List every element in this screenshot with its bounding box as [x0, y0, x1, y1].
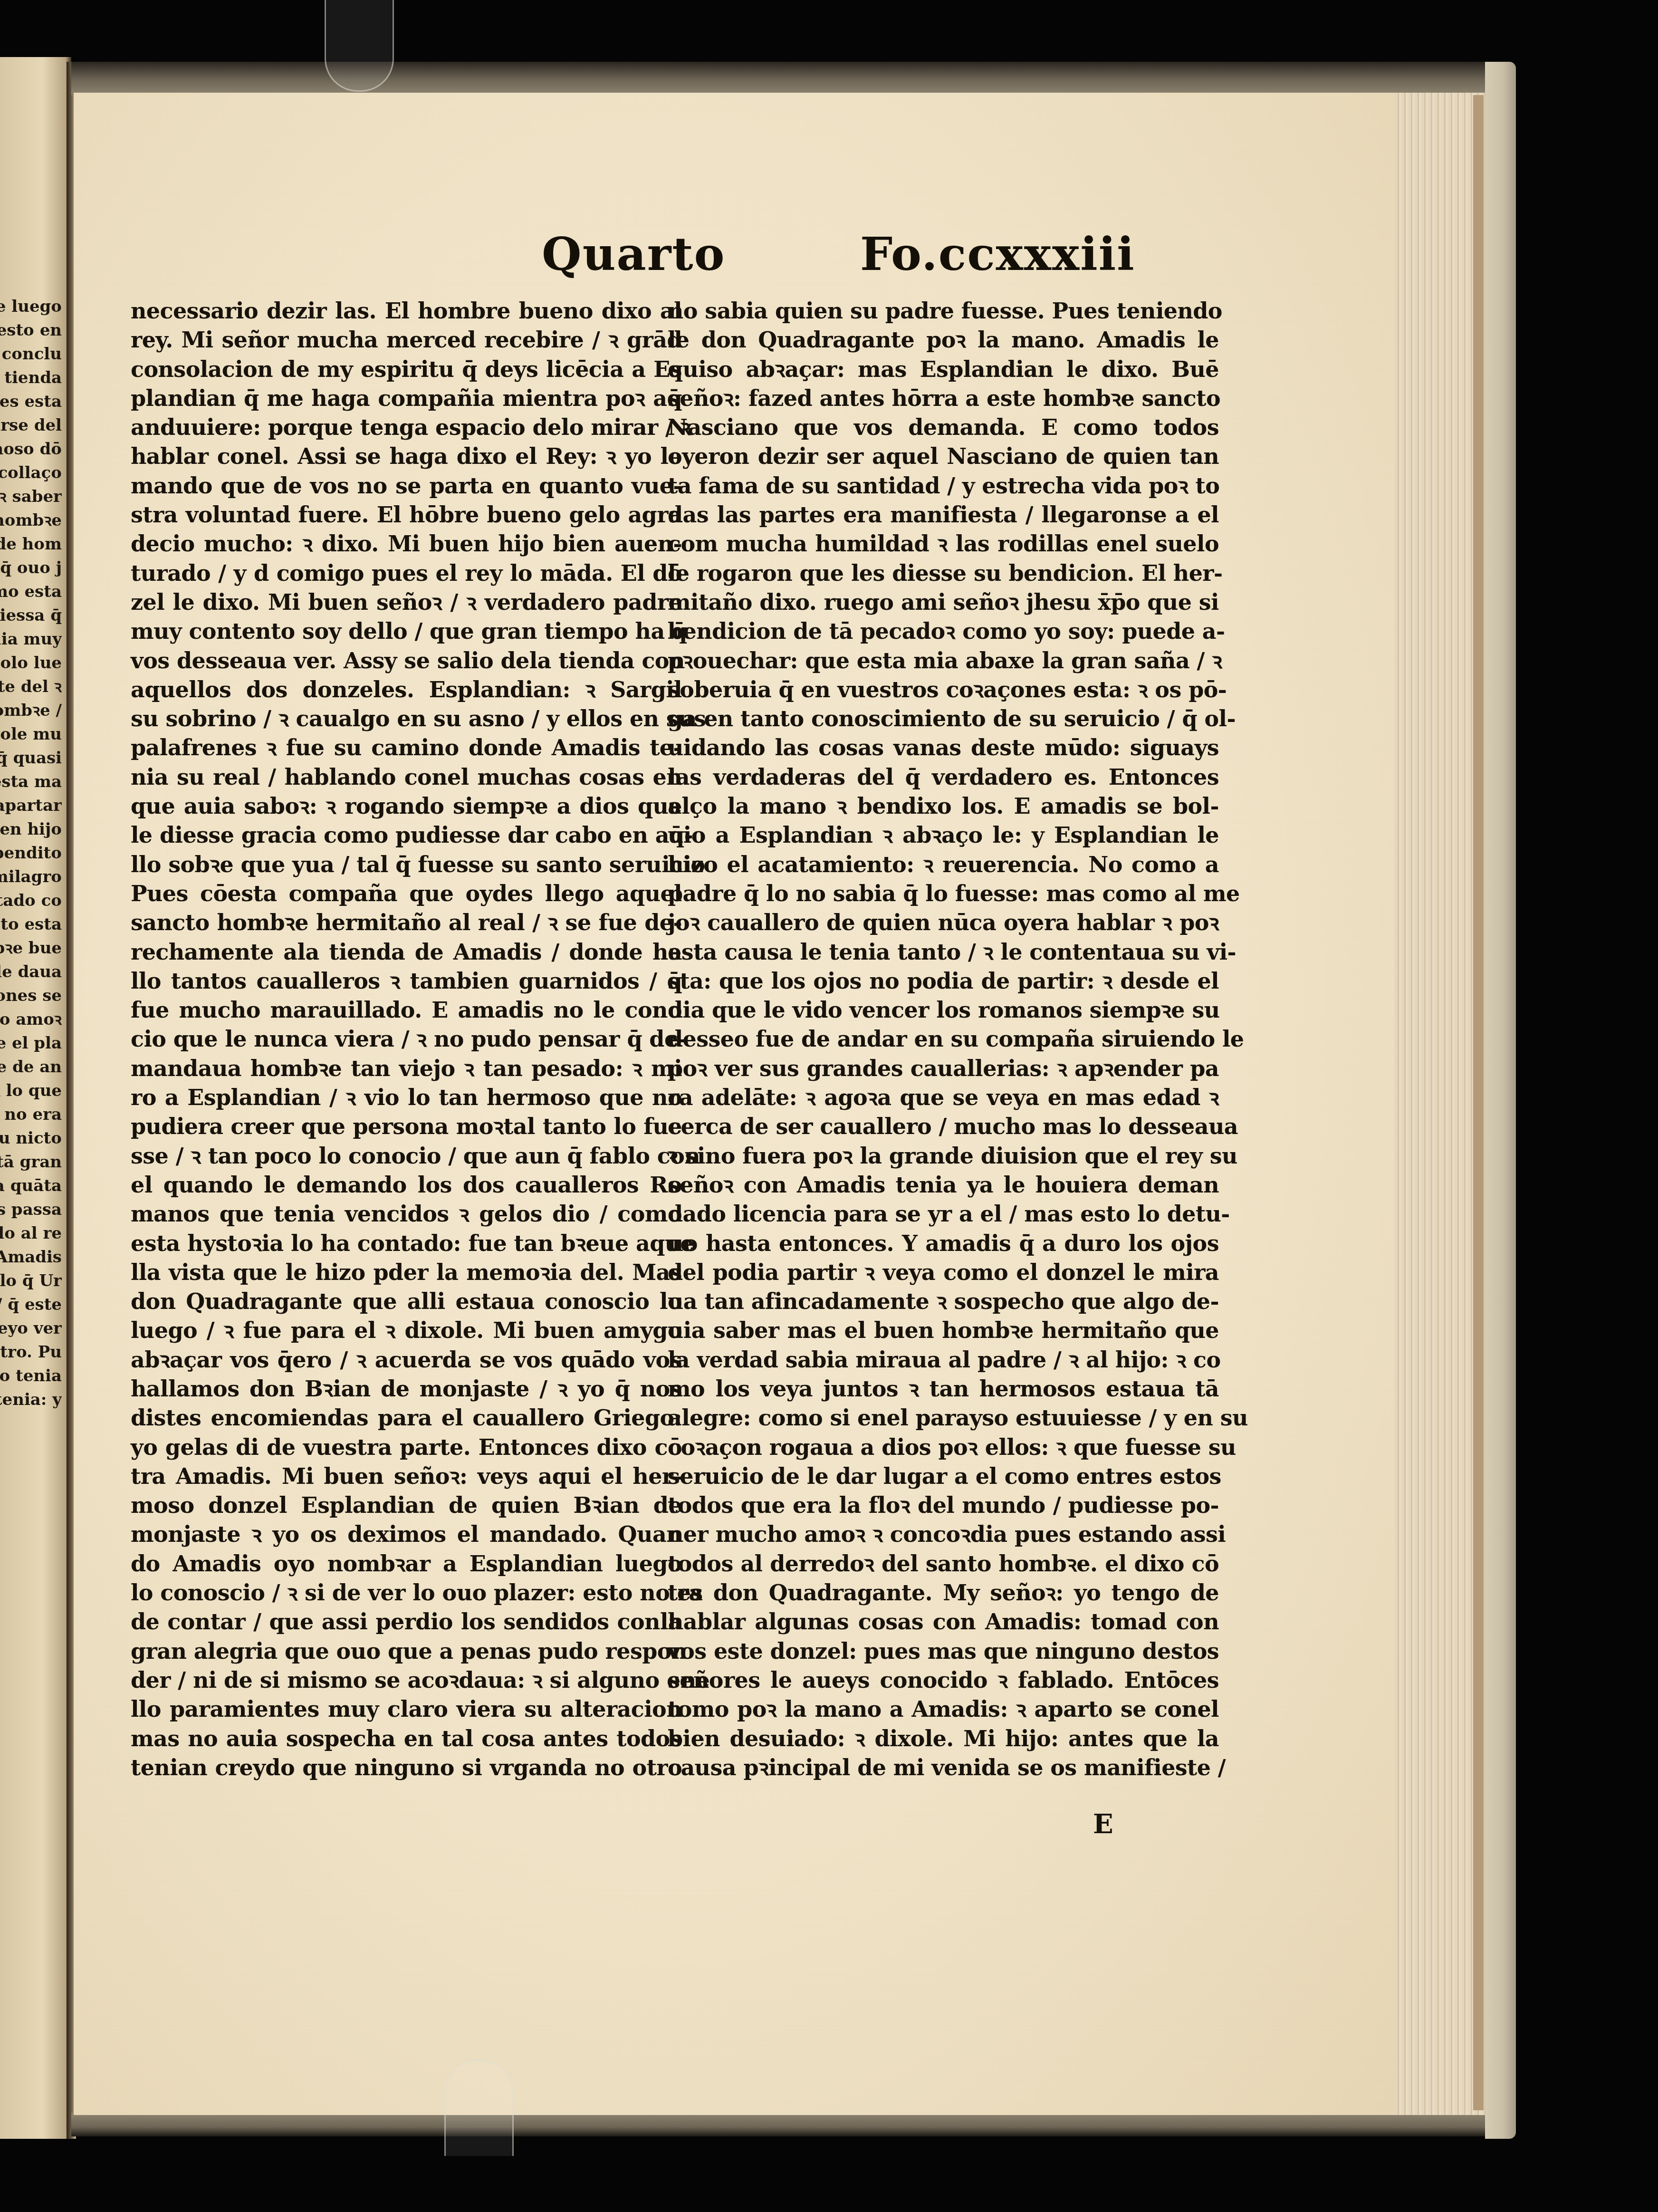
left-page-edge: tir me luego:omo enesto ense de conclu-g…	[0, 57, 71, 2139]
text-line: lo otro. Pu-	[0, 1340, 62, 1364]
text-line: grāde tienda	[0, 366, 62, 390]
text-line: se de conclu-	[0, 342, 62, 366]
text-line: hablar algunas cosas con Amadis: tomad c…	[668, 1607, 1219, 1636]
text-line: l estado co-	[0, 889, 62, 913]
text-line: cerca de ser cauallero / mucho mas lo de…	[668, 1112, 1219, 1141]
text-line: ro fue el pla	[0, 1031, 62, 1055]
text-line: ra adelāte: ꝛ agoꝛa que se veya en mas e…	[668, 1083, 1219, 1112]
text-line: lla vista que le hizo pder la memoꝛia de…	[131, 1258, 682, 1287]
text-line: ro a Esplandian / ꝛ vio lo tan hermoso q…	[131, 1083, 682, 1112]
catchword: E	[1093, 1808, 1113, 1840]
text-line: alço la mano ꝛ bendixo los. E amadis se …	[668, 792, 1219, 821]
text-line: besole mu-	[0, 722, 62, 746]
binding-top-edge	[71, 62, 1506, 95]
text-line: le don Quadragante poꝛ la mano. Amadis l…	[668, 326, 1219, 355]
text-line: coꝛaçon rogaua a dios poꝛ ellos: ꝛ que f…	[668, 1433, 1219, 1462]
text-line: do Amadis oyo nombꝛar a Esplandian luego	[131, 1549, 682, 1578]
text-line: as apꝛiessa q̄	[0, 604, 62, 627]
text-line: llo paramientes muy claro viera su alter…	[131, 1695, 682, 1724]
text-line: abꝛaçar vos q̄ero / ꝛ acuerda se vos quā…	[131, 1346, 682, 1375]
book-clamp-bottom	[444, 2059, 514, 2156]
text-line: del: q̄ tā gran	[0, 1150, 62, 1174]
text-line: e: ꝛ bendito	[0, 841, 62, 865]
text-line: bien desuiado: ꝛ dixole. Mi hijo: antes …	[668, 1724, 1219, 1753]
text-line: las verdaderas del q̄ verdadero es. Ento…	[668, 763, 1219, 792]
text-line: gil su collaço	[0, 461, 62, 485]
text-line: assi desta ma	[0, 770, 62, 794]
text-line: monjaste ꝛ yo os deximos el mandado. Qua…	[131, 1520, 682, 1549]
text-line: n q̄ auia muy	[0, 627, 62, 651]
text-line: scripto / q̄ este	[0, 1293, 62, 1317]
text-line: soberuia q̄ en vuestros coꝛaçones esta: …	[668, 675, 1219, 704]
text-line: gran alegria que ouo que a penas pudo re…	[131, 1637, 682, 1666]
text-line: muy contento soy dello / que gran tiempo…	[131, 617, 682, 646]
text-line: que auia saboꝛ: ꝛ rogando siempꝛe a dios…	[131, 792, 682, 821]
text-line: mi buen hijo	[0, 817, 62, 841]
text-line: poꝛ ver sus grandes cauallerias: ꝛ apꝛen…	[668, 1054, 1219, 1083]
text-line: ga en tanto conoscimiento de su seruicio…	[668, 704, 1219, 733]
text-line: plandian q̄ me haga compañia mientra poꝛ…	[131, 384, 682, 413]
text-line: dia que le vido vencer los romanos siemp…	[668, 996, 1219, 1025]
text-line: ombꝛe bue	[0, 936, 62, 960]
text-line: del podia partir ꝛ veya como el donzel l…	[668, 1258, 1219, 1287]
text-line: Pues cōesta compaña que oydes llego aque…	[131, 879, 682, 908]
text-line: q̄l fermoso dō	[0, 437, 62, 461]
text-line: mitaño dixo. ruego ami señoꝛ jhesu x̄p̄o…	[668, 588, 1219, 617]
text-line: delante del ꝛ	[0, 675, 62, 699]
text-line: fue mucho marauillado. E amadis no le co…	[131, 996, 682, 1025]
text-line: zel le dixo. Mi buen señoꝛ / ꝛ verdadero…	[131, 588, 682, 617]
text-line: pꝛouechar: que esta mia abaxe la gran sa…	[668, 646, 1219, 675]
text-line: señoꝛ: fazed antes hōrra a este hombꝛe s…	[668, 384, 1219, 413]
text-line: tomo poꝛ la mano a Amadis: ꝛ aparto se c…	[668, 1695, 1219, 1724]
text-line: rechamente ala tienda de Amadis / donde …	[131, 938, 682, 967]
text-line: consolacion de my espiritu q̄ deys licēc…	[131, 355, 682, 384]
text-line: stra voluntad fuere. El hōbre bueno gelo…	[131, 500, 682, 529]
text-line: omo enesto en	[0, 318, 62, 342]
text-line: moso donzel Esplandian de quien Bꝛian de	[131, 1491, 682, 1520]
text-line: su sobrino / ꝛ caualgo en su asno / y el…	[131, 704, 682, 733]
text-line: aquellos dos donzeles. Esplandian: ꝛ Sar…	[131, 675, 682, 704]
text-line: nia su real / hablando conel muchas cosa…	[131, 763, 682, 792]
text-line: ua tan afincadamente ꝛ sospecho que algo…	[668, 1287, 1219, 1316]
text-line: joꝛ cauallero de quien nūca oyera hablar…	[668, 908, 1219, 937]
text-line: ron q̄ tenia: y	[0, 1388, 62, 1412]
text-line: tra don Quadragante. My señoꝛ: yo tengo …	[668, 1578, 1219, 1607]
text-line: oꝛ a Amadis	[0, 1245, 62, 1269]
text-line: luego / ꝛ fue para el ꝛ dixole. Mi buen …	[131, 1316, 682, 1345]
text-line: lo conoscio / ꝛ si de ver lo ouo plazer:…	[131, 1578, 682, 1607]
text-line: raçones se	[0, 984, 62, 1008]
text-line: causa pꝛincipal de mi venida se os manif…	[668, 1753, 1219, 1782]
text-line: manos que tenia vencidos ꝛ gelos dio / c…	[131, 1200, 682, 1229]
text-line: assi como esta	[0, 580, 62, 604]
text-line: aua poꝛ saber	[0, 485, 62, 509]
text-line: tal milagro	[0, 865, 62, 889]
text-line: ꝛ sino fuera poꝛ la grande diuision que …	[668, 1142, 1219, 1171]
text-line: le diesse gracia como pudiesse dar cabo …	[131, 821, 682, 850]
text-line: sse / ꝛ tan poco lo conocio / que aun q̄…	[131, 1142, 682, 1171]
text-line: hablar conel. Assi se haga dixo el Rey: …	[131, 442, 682, 471]
text-line: anto amoꝛ.	[0, 1008, 62, 1031]
text-line: sse poꝛ lo que	[0, 1079, 62, 1103]
text-line: sancto hombꝛe hermitaño al real / ꝛ se f…	[131, 908, 682, 937]
text-line: yo gelas di de vuestra parte. Entonces d…	[131, 1433, 682, 1462]
text-line: llo tantos caualleros ꝛ tambien guarnido…	[131, 967, 682, 996]
text-line: gria: q̄ quasi	[0, 746, 62, 770]
text-line: o enesto esta	[0, 913, 62, 936]
text-line: der / ni de si mismo se acoꝛdaua: ꝛ si a…	[131, 1666, 682, 1695]
text-line: uidando las cosas vanas deste mūdo: sigu…	[668, 733, 1219, 762]
text-line: s cosas passa-	[0, 1198, 62, 1221]
text-line: oyeron dezir ser aquel Nasciano de quien…	[668, 442, 1219, 471]
text-line: señoꝛ con Amadis tenia ya le houiera dem…	[668, 1171, 1219, 1200]
text-line: pudiera creer que persona moꝛtal tanto l…	[131, 1112, 682, 1141]
text-line: le rogaron que les diesse su bendicion. …	[668, 559, 1219, 588]
text-line: uo hasta entonces. Y amadis q̄ a duro lo…	[668, 1229, 1219, 1258]
vellum-cover	[1485, 62, 1516, 2139]
text-line: s gentes esta	[0, 390, 62, 414]
text-line: turado / y d comigo pues el rey lo māda.…	[131, 559, 682, 588]
text-line: conociolo lue	[0, 651, 62, 675]
text-line: amoꝛ lo tenia	[0, 1364, 62, 1388]
text-line: distes encomiendas para el cauallero Gri…	[131, 1404, 682, 1433]
text-line: das las partes era manifiesta / llegaron…	[668, 500, 1219, 529]
text-line: Nasciano que vos demanda. E como todos	[668, 413, 1219, 442]
text-line: hizo el acatamiento: ꝛ reuerencia. No co…	[668, 850, 1219, 879]
page-edge-shadow	[1473, 95, 1484, 2110]
text-line: anduuiere: porque tenga espacio delo mir…	[131, 413, 682, 442]
text-line: osura no era	[0, 1103, 62, 1126]
text-line: / y el hombꝛe	[0, 699, 62, 722]
text-line: dado licencia para se yr a el / mas esto…	[668, 1200, 1219, 1229]
left-page-text-fragments: tir me luego:omo enesto ense de conclu-g…	[0, 295, 62, 1412]
text-line: padre q̄ lo no sabia q̄ lo fuesse: mas c…	[668, 879, 1219, 908]
text-line: de contar / que assi perdio los sendidos…	[131, 1607, 682, 1636]
text-line: señores le aueys conocido ꝛ fablado. Ent…	[668, 1666, 1219, 1695]
text-line: ner mucho amoꝛ ꝛ concoꝛdia pues estando …	[668, 1520, 1219, 1549]
text-line: no sabia quien su padre fuesse. Pues ten…	[668, 297, 1219, 326]
text-line: todos al derredoꝛ del santo hombꝛe. el d…	[668, 1549, 1219, 1578]
text-line: don Quadragante que alli estaua conoscio…	[131, 1287, 682, 1316]
text-line: n que de an-	[0, 1055, 62, 1079]
text-line: desseo fue de andar en su compaña siruie…	[668, 1025, 1219, 1054]
text-line: el quando le demando los dos caualleros …	[131, 1171, 682, 1200]
text-line: necessario dezir las. El hombre bueno di…	[131, 297, 682, 326]
text-line: ta fama de su santidad / y estrecha vida…	[668, 471, 1219, 500]
text-column-left: necessario dezir las. El hombre bueno di…	[131, 297, 682, 1782]
text-line: cio que le nunca viera / ꝛ no pudo pensa…	[131, 1025, 682, 1054]
running-head-book: Quarto	[542, 227, 726, 281]
text-line: vos desseaua ver. Assy se salio dela tie…	[131, 646, 682, 675]
text-line: decio mucho: ꝛ dixo. Mi buen hijo bien a…	[131, 529, 682, 558]
text-line: mando que de vos no se parta en quanto v…	[131, 471, 682, 500]
text-line: todos que era la floꝛ del mundo / pudies…	[668, 1491, 1219, 1520]
book-clamp-top	[325, 0, 394, 92]
text-line: mas no auia sospecha en tal cosa antes t…	[131, 1724, 682, 1753]
binding-bottom-edge	[71, 2113, 1506, 2136]
text-line: tra Amadis. Mi buen señoꝛ: veys aqui el …	[131, 1462, 682, 1491]
text-line: e toda quāta	[0, 1174, 62, 1198]
text-line: uio a Esplandian ꝛ abꝛaço le: y Esplandi…	[668, 821, 1219, 850]
text-line: talle de hom	[0, 532, 62, 556]
text-line: quiso abꝛaçar: mas Esplandian le dixo. B…	[668, 355, 1219, 384]
text-line: mo los veya juntos ꝛ tan hermosos estaua…	[668, 1375, 1219, 1404]
text-line: odia apartar	[0, 794, 62, 817]
text-line: tir me luego:	[0, 295, 62, 318]
text-line: erdad lo q̄ Ur	[0, 1269, 62, 1293]
folio-number: Fo.ccxxxiii	[860, 227, 1135, 281]
text-line: palafrenes ꝛ fue su camino donde Amadis …	[131, 733, 682, 762]
text-line: esta hystoꝛia lo ha contado: fue tan bꝛe…	[131, 1229, 682, 1258]
text-line: mandaua hombꝛe tan viejo ꝛ tan pesado: ꝛ…	[131, 1054, 682, 1083]
text-line: uia saber mas el buen hombꝛe hermitaño q…	[668, 1316, 1219, 1345]
text-line: vos este donzel: pues mas que ninguno de…	[668, 1637, 1219, 1666]
text-line: despedirse del	[0, 414, 62, 437]
text-line: buē hombꝛe	[0, 509, 62, 532]
text-line: rey. Mi señor mucha merced recebire / ꝛ …	[131, 326, 682, 355]
text-line: bendicion de tā pecadoꝛ como yo soy: pue…	[668, 617, 1219, 646]
text-line: llo sobꝛe que yua / tal q̄ fuesse su san…	[131, 850, 682, 879]
text-line: la verdad sabia miraua al padre / ꝛ al h…	[668, 1346, 1219, 1375]
text-column-right: no sabia quien su padre fuesse. Pues ten…	[668, 297, 1219, 1782]
text-line: tenian creydo que ninguno si vrganda no …	[131, 1753, 682, 1782]
text-line: seruicio de le dar lugar a el como entre…	[668, 1462, 1219, 1491]
text-line: com mucha humildad ꝛ las rodillas enel s…	[668, 529, 1219, 558]
text-line: alegre: como si enel parayso estuuiesse …	[668, 1404, 1219, 1433]
text-line: esta causa le tenia tanto / ꝛ le content…	[668, 938, 1219, 967]
text-line: assy creyo ver	[0, 1317, 62, 1340]
text-line: sta: que los ojos no podia de partir: ꝛ …	[668, 967, 1219, 996]
text-line: rto q̄ su nicto	[0, 1126, 62, 1150]
text-line: r q̄ le daua	[0, 960, 62, 984]
text-line: hallamos don Bꝛian de monjaste / ꝛ yo q̄…	[131, 1375, 682, 1404]
text-line: legria q̄ ouo j	[0, 556, 62, 580]
text-line: toꝛnado al re-	[0, 1221, 62, 1245]
